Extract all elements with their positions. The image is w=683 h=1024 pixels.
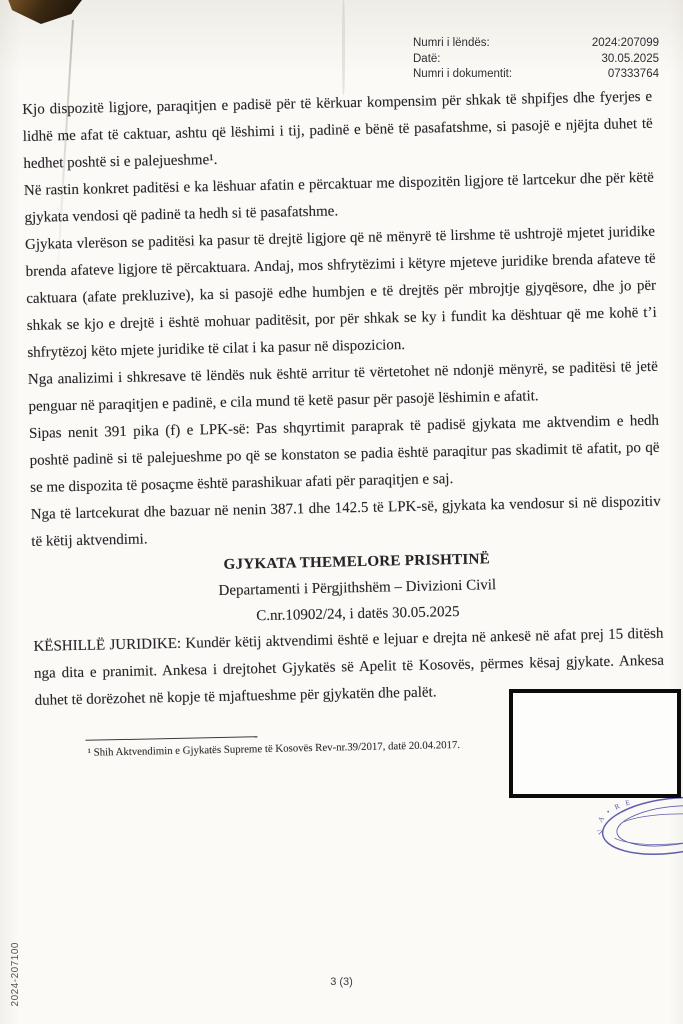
body-paragraph: Gjykata vlerëson se paditësi ka pasur të… — [25, 219, 658, 367]
case-number-value: 2024:207099 — [592, 36, 659, 52]
scanned-document-page: Numri i lëndës: 2024:207099 Datë: 30.05.… — [0, 0, 683, 1024]
body-paragraph: Kjo dispozitë ligjore, paraqitjen e padi… — [22, 84, 654, 178]
footnote-separator — [85, 736, 257, 741]
document-number-label: Numri i dokumentit: — [413, 67, 512, 83]
scan-crease-line — [342, 0, 345, 95]
case-info-row: Numri i dokumentit: 07333764 — [413, 67, 659, 83]
case-info-row: Numri i lëndës: 2024:207099 — [413, 36, 659, 52]
page-number: 3 (3) — [0, 976, 683, 988]
case-info-row: Datë: 30.05.2025 — [413, 52, 659, 68]
date-value: 30.05.2025 — [601, 52, 659, 68]
page-corner-fold — [6, 0, 82, 24]
document-body: Kjo dispozitë ligjore, paraqitjen e padi… — [22, 84, 666, 761]
document-number-value: 07333764 — [608, 67, 659, 83]
sidebar-case-label: 2024-207100 — [10, 942, 21, 1006]
case-info-header: Numri i lëndës: 2024:207099 Datë: 30.05.… — [413, 36, 659, 83]
redaction-box — [509, 689, 681, 798]
seal-text: V A • R E — [595, 797, 633, 836]
court-heading-block: GJYKATA THEMELORE PRISHTINË Departamenti… — [52, 543, 663, 634]
date-label: Datë: — [413, 52, 441, 68]
svg-text:V A • R E: V A • R E — [595, 797, 633, 836]
case-number-label: Numri i lëndës: — [413, 36, 490, 52]
body-paragraph: Sipas nenit 391 pika (f) e LPK-së: Pas s… — [29, 408, 661, 502]
